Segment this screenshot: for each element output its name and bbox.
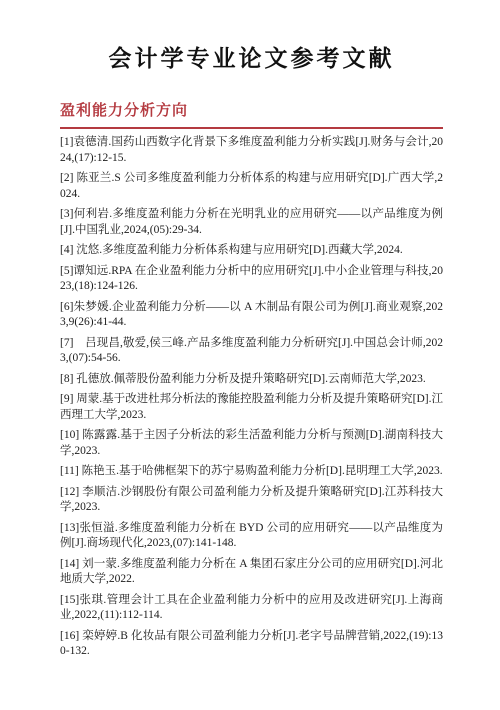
section-heading: 盈利能力分析方向 [60,99,443,120]
reference-item: [8] 孔德放.佩蒂股份盈利能力分析及提升策略研究[D].云南师范大学,2023… [60,372,443,388]
reference-item: [9] 周蒙.基于改进杜邦分析法的豫能控股盈利能力分析及提升策略研究[D].江西… [60,392,443,423]
reference-item: [16] 栾婷婷.B 化妆品有限公司盈利能力分析[J].老字号品牌营销,2022… [60,629,443,660]
reference-item: [15]张琪.管理会计工具在企业盈利能力分析中的应用及改进研究[J].上海商业,… [60,593,443,624]
section-divider-line [60,127,443,129]
reference-item: [1]袁德清.国药山西数字化背景下多维度盈利能力分析实践[J].财务与会计,20… [60,135,443,166]
reference-item: [5]谭知远.RPA 在企业盈利能力分析中的应用研究[J].中小企业管理与科技,… [60,264,443,295]
reference-item: [12] 李顺洁.沙钢股份有限公司盈利能力分析及提升策略研究[D].江苏科技大学… [60,485,443,516]
reference-item: [7] 吕现昌,敬爱,侯三峰.产品多维度盈利能力分析研究[J].中国总会计师,2… [60,336,443,367]
reference-item: [13]张恒溢.多维度盈利能力分析在 BYD 公司的应用研究——以产品维度为例[… [60,521,443,552]
reference-item: [11] 陈艳玉.基于哈佛框架下的苏宁易购盈利能力分析[D].昆明理工大学,20… [60,464,443,480]
reference-item: [4] 沈悠.多维度盈利能力分析体系构建与应用研究[D].西藏大学,2024. [60,243,443,259]
reference-list: [1]袁德清.国药山西数字化背景下多维度盈利能力分析实践[J].财务与会计,20… [60,135,443,660]
reference-item: [6]朱梦媛.企业盈利能力分析——以 A 木制品有限公司为例[J].商业观察,2… [60,300,443,331]
reference-item: [2] 陈亚兰.S 公司多维度盈利能力分析体系的构建与应用研究[D].广西大学,… [60,171,443,202]
reference-item: [3]何利岩.多维度盈利能力分析在光明乳业的应用研究——以产品维度为例[J].中… [60,207,443,238]
reference-item: [14] 刘一蒙.多维度盈利能力分析在 A 集团石家庄分公司的应用研究[D].河… [60,557,443,588]
reference-item: [10] 陈露露.基于主因子分析法的彩生活盈利能力分析与预测[D].湖南科技大学… [60,428,443,459]
document-page: 会计学专业论文参考文献 盈利能力分析方向 [1]袁德清.国药山西数字化背景下多维… [0,0,500,710]
page-title: 会计学专业论文参考文献 [60,40,443,73]
